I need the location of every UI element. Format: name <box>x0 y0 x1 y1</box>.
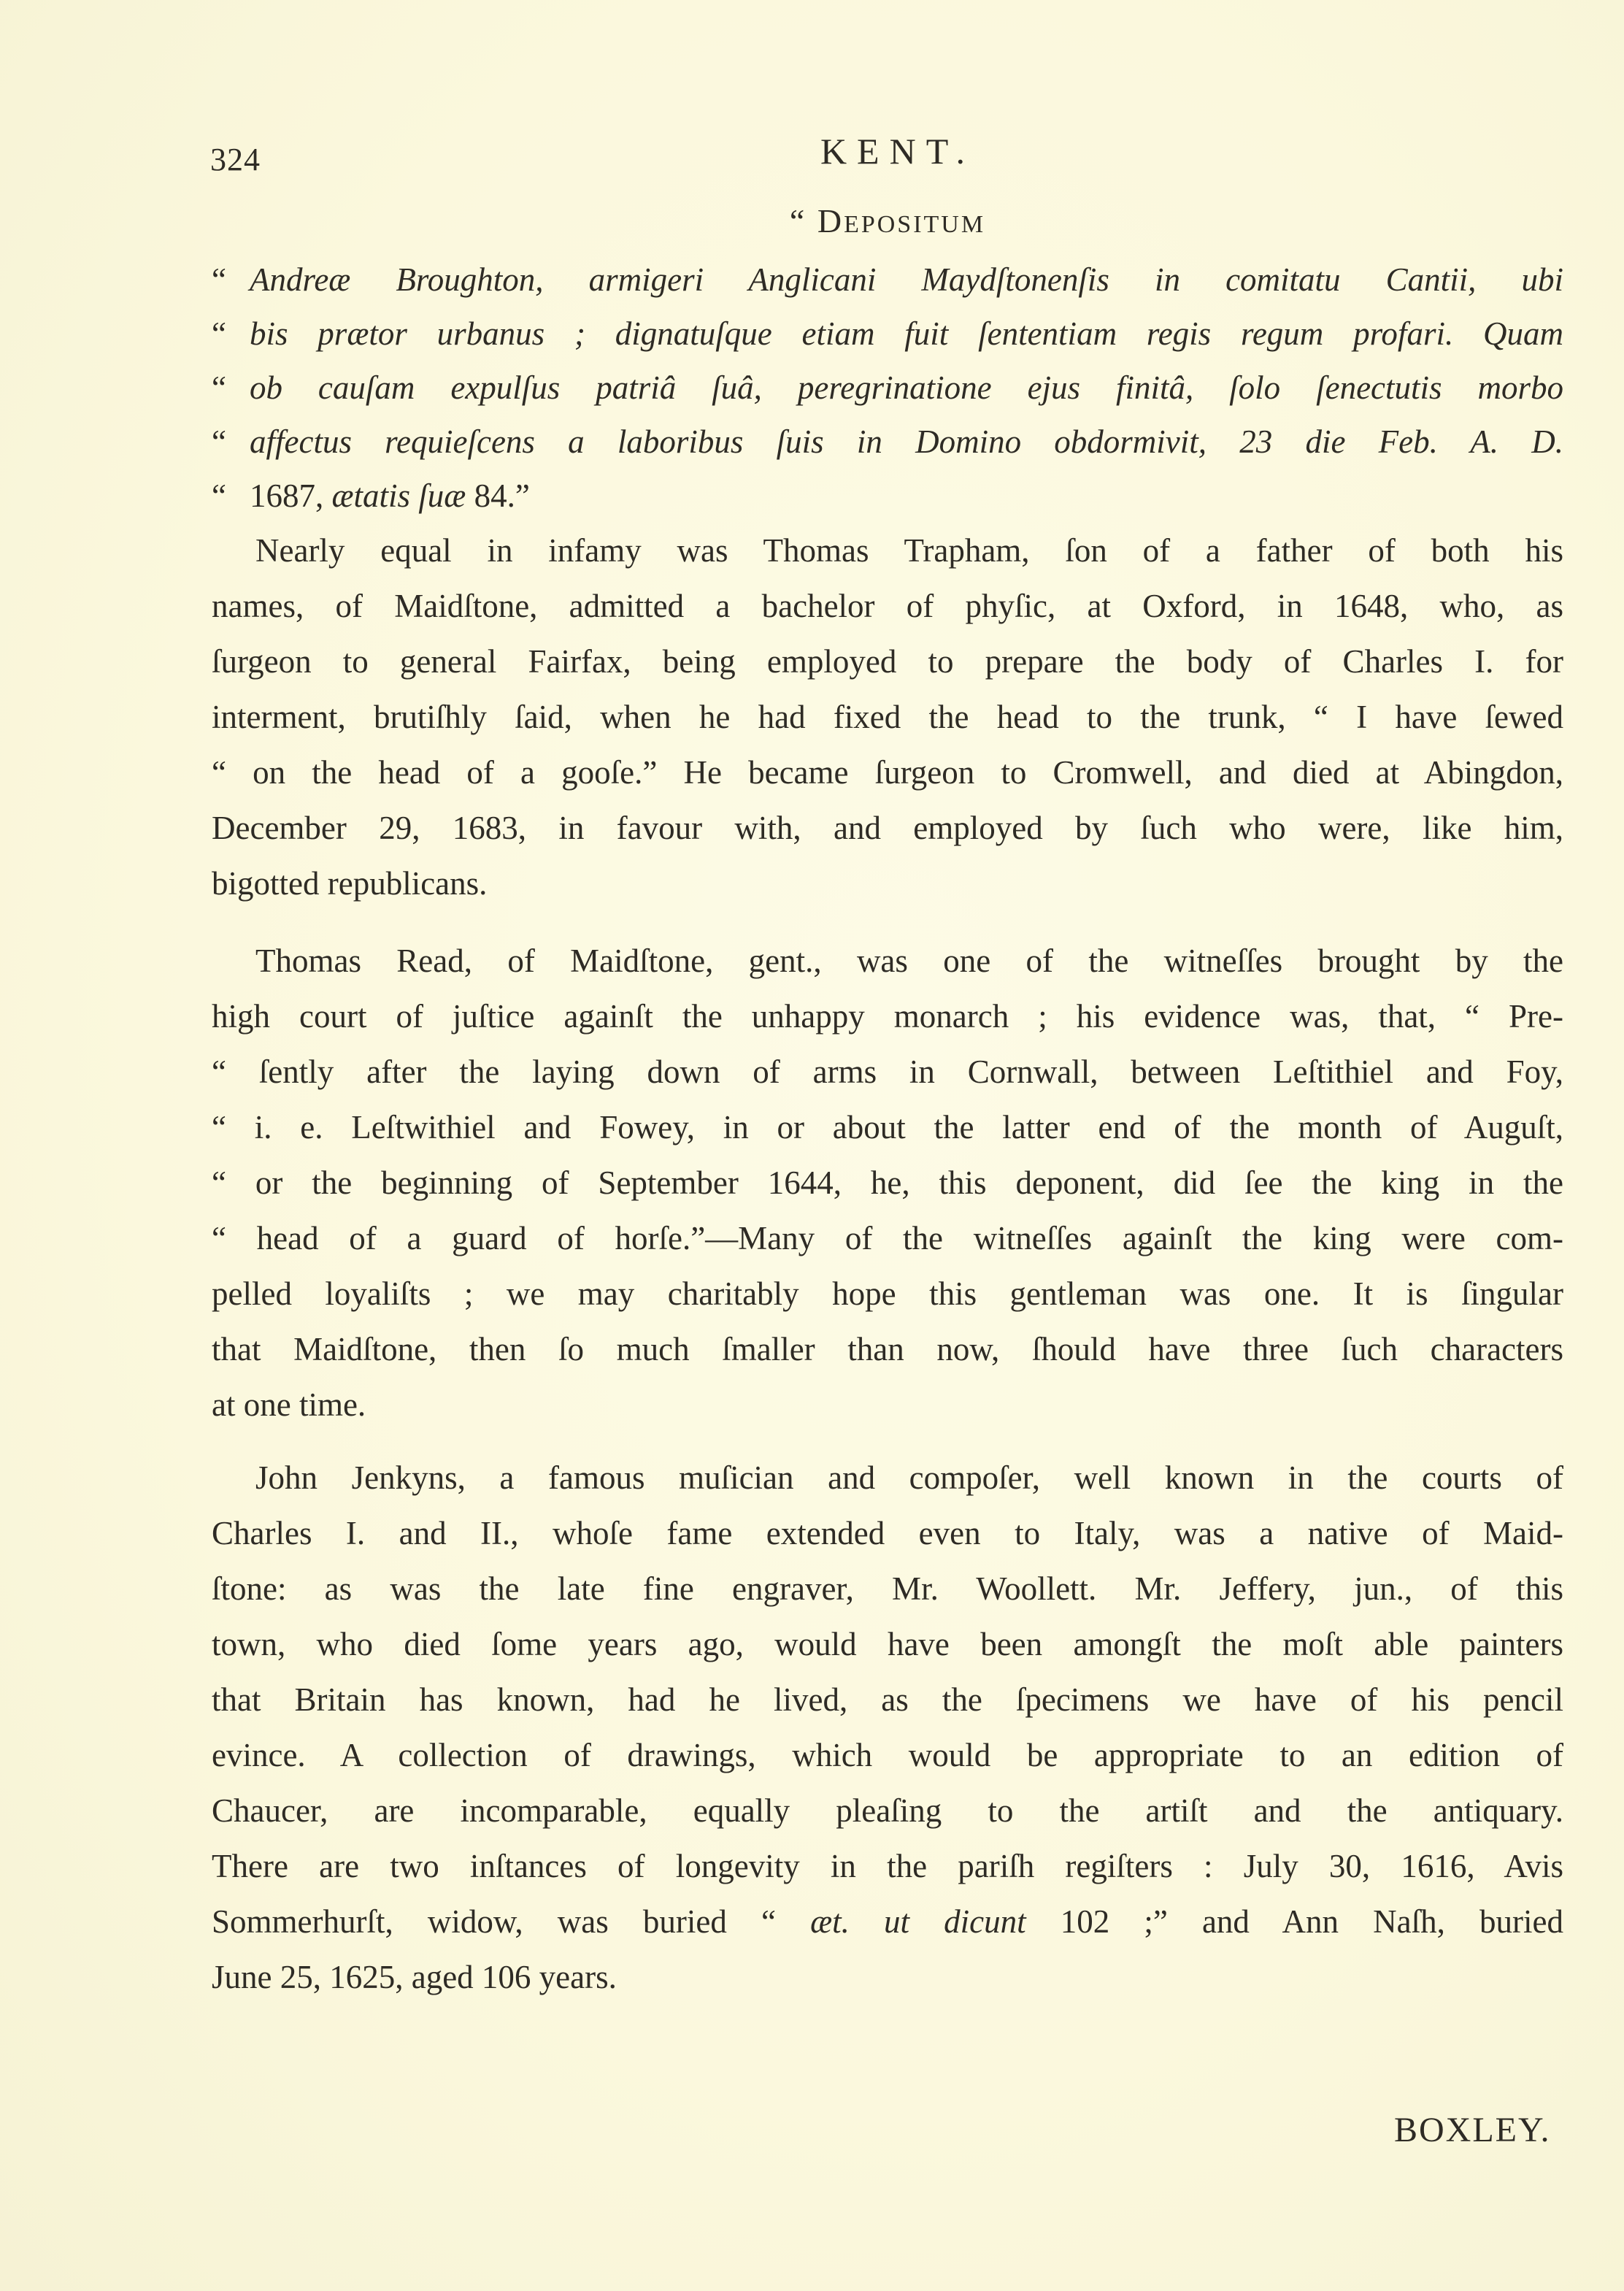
epitaph-line: “Andreæ Broughton, armigeri Anglicani Ma… <box>212 258 1563 302</box>
epitaph-heading: “ DEPOSITUM <box>212 199 1563 243</box>
paragraph-line: June 25, 1625, aged 106 years. <box>212 1955 1563 1999</box>
heading-small-caps: EPOSITUM <box>844 211 985 238</box>
paragraph-line: “ ſently after the laying down of arms i… <box>212 1050 1563 1094</box>
epitaph-line: “affectus requieſcens a laboribus ſuis i… <box>212 420 1563 464</box>
paragraph-line: pelled loyaliſts ; we may charitably hop… <box>212 1272 1563 1316</box>
paragraph-line: that Britain has known, had he lived, as… <box>212 1678 1563 1722</box>
heading-initial: D <box>817 202 844 239</box>
epitaph-line: “bis prætor urbanus ; dignatuſque etiam … <box>212 312 1563 356</box>
paragraph-line: high court of juſtice againſt the unhapp… <box>212 994 1563 1038</box>
paragraph-line: at one time. <box>212 1383 1563 1427</box>
catchword: BOXLEY. <box>1394 2110 1550 2150</box>
paragraph-line: evince. A collection of drawings, which … <box>212 1733 1563 1777</box>
paragraph-line: Sommerhurſt, widow, was buried “ æt. ut … <box>212 1900 1563 1943</box>
paragraph-line: Thomas Read, of Maidſtone, gent., was on… <box>255 939 1563 983</box>
paragraph-line: “ i. e. Leſtwithiel and Fowey, in or abo… <box>212 1105 1563 1149</box>
paragraph-line: John Jenkyns, a famous muſician and comp… <box>255 1456 1563 1500</box>
page-number: 324 <box>210 141 261 178</box>
paragraph-line: Nearly equal in infamy was Thomas Trapha… <box>255 529 1563 572</box>
paragraph-line: ſurgeon to general Fairfax, being employ… <box>212 640 1563 683</box>
paragraph-line: “ head of a guard of horſe.”—Many of the… <box>212 1216 1563 1260</box>
paragraph-line: ſtone: as was the late fine engraver, Mr… <box>212 1567 1563 1611</box>
paragraph-line: “ or the beginning of September 1644, he… <box>212 1161 1563 1205</box>
epitaph-line: “ob cauſam expulſus patriâ ſuâ, peregrin… <box>212 366 1563 410</box>
paragraph-line: December 29, 1683, in favour with, and e… <box>212 806 1563 850</box>
paragraph-line: bigotted republicans. <box>212 861 1563 905</box>
paragraph-line: town, who died ſome years ago, would hav… <box>212 1622 1563 1666</box>
paragraph-line: Charles I. and II., whoſe fame extended … <box>212 1511 1563 1555</box>
paragraph-line: “ on the head of a gooſe.” He became ſur… <box>212 751 1563 794</box>
book-page: 324 KENT. “ DEPOSITUM “Andreæ Broughton,… <box>0 0 1624 2291</box>
paragraph-line: Chaucer, are incomparable, equally pleaſ… <box>212 1789 1563 1833</box>
paragraph-line: that Maidſtone, then ſo much ſmaller tha… <box>212 1327 1563 1371</box>
open-quote: “ <box>790 202 807 239</box>
running-head: KENT. <box>788 130 1007 172</box>
epitaph-line: “1687, ætatis ſuæ 84.” <box>212 474 1563 518</box>
paragraph-line: names, of Maidſtone, admitted a bachelor… <box>212 584 1563 628</box>
paragraph-line: interment, brutiſhly ſaid, when he had f… <box>212 695 1563 739</box>
paragraph-line: There are two inſtances of longevity in … <box>212 1844 1563 1888</box>
